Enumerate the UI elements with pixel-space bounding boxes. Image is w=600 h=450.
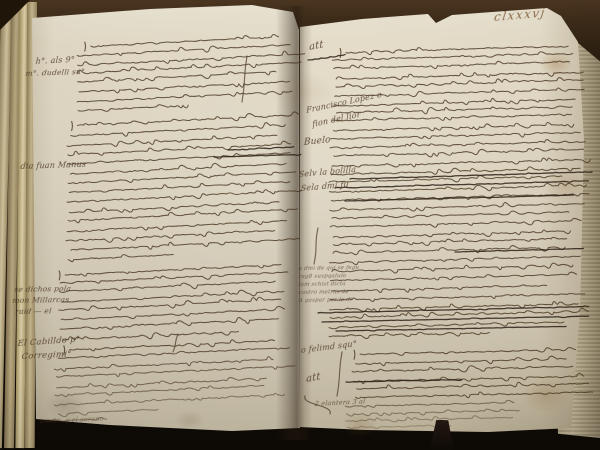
manuscript-photo: h°. als 9°m°. dudelli su°dia fuan Manuss… bbox=[0, 0, 600, 450]
vignette-overlay bbox=[0, 0, 600, 450]
